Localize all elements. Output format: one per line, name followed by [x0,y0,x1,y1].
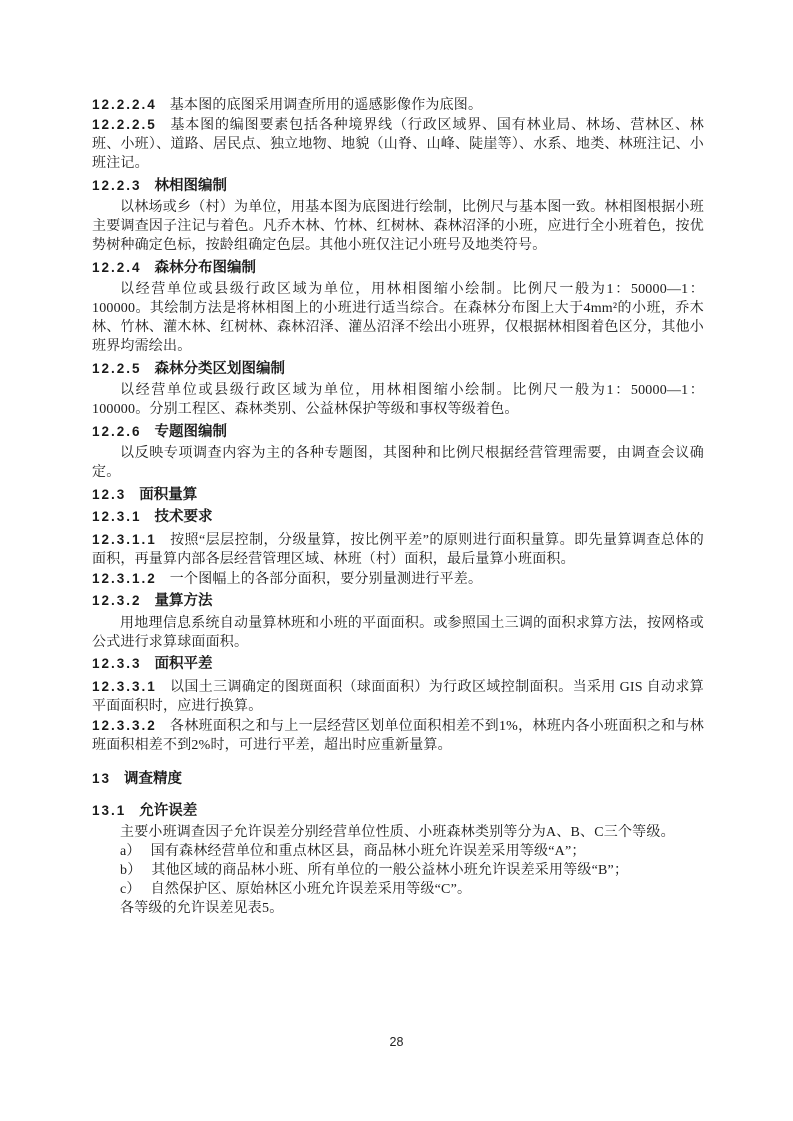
clause-number: 12.3.1.2 [92,571,157,586]
section-heading-12-2-5: 12.2.5森林分类区划图编制 [92,359,704,379]
clause-text: 一个图幅上的各部分面积，要分别量测进行平差。 [170,572,482,587]
body-paragraph: 主要小班调查因子允许误差分别经营单位性质、小班森林类别等分为A、B、C三个等级。 [92,823,704,842]
heading-title: 林相图编制 [155,178,228,194]
clause-text: 各林班面积之和与上一层经营区划单位面积相差不到1%，林班内各小班面积之和与林班面… [92,719,704,753]
heading-number: 12.3.1 [92,509,142,524]
document-content: 12.2.2.4基本图的底图采用调查所用的遥感影像作为底图。 12.2.2.5基… [92,95,704,918]
heading-title: 量算方法 [155,593,213,609]
clause-number: 12.3.1.1 [92,532,157,547]
heading-title: 允许误差 [139,803,197,819]
page-number: 28 [390,1035,404,1049]
heading-title: 森林分布图编制 [155,260,257,276]
body-paragraph: 以林场或乡（村）为单位，用基本图为底图进行绘制，比例尺与基本图一致。林相图根据小… [92,198,704,255]
clause-12-3-3-1: 12.3.3.1以国土三调确定的图斑面积（球面面积）为行政区域控制面积。当采用 … [92,677,704,716]
list-marker: c） [120,882,141,897]
list-marker: b） [120,863,141,878]
chapter-title: 调查精度 [124,771,182,787]
heading-number: 12.2.4 [92,260,142,275]
heading-title: 技术要求 [155,509,213,525]
list-text: 国有森林经营单位和重点林区县，商品林小班允许误差采用等级“A”； [151,844,586,859]
clause-number: 12.3.3.2 [92,718,157,733]
heading-number: 12.2.5 [92,361,142,376]
list-text: 自然保护区、原始林区小班允许误差采用等级“C”。 [151,882,472,897]
heading-number: 12.3.2 [92,593,142,608]
clause-12-2-2-5: 12.2.2.5基本图的编图要素包括各种境界线（行政区域界、国有林业局、林场、营… [92,115,704,173]
chapter-heading-13: 13调查精度 [92,769,704,789]
document-page: 12.2.2.4基本图的底图采用调查所用的遥感影像作为底图。 12.2.2.5基… [0,0,793,1121]
clause-number: 12.2.2.5 [92,117,157,132]
section-heading-12-2-6: 12.2.6专题图编制 [92,422,704,442]
heading-title: 面积量算 [139,487,197,503]
clause-12-2-2-4: 12.2.2.4基本图的底图采用调查所用的遥感影像作为底图。 [92,95,704,115]
list-item-a: a）国有森林经营单位和重点林区县，商品林小班允许误差采用等级“A”； [92,842,704,861]
body-paragraph: 以反映专项调查内容为主的各种专题图，其图种和比例尺根据经营管理需要，由调查会议确… [92,444,704,482]
clause-12-3-1-2: 12.3.1.2一个图幅上的各部分面积，要分别量测进行平差。 [92,569,704,589]
body-paragraph: 用地理信息系统自动量算林班和小班的平面面积。或参照国土三调的面积求算方法，按网格… [92,614,704,652]
section-heading-12-2-4: 12.2.4森林分布图编制 [92,258,704,278]
list-marker: a） [120,844,141,859]
clause-text: 按照“层层控制，分级量算，按比例平差”的原则进行面积量算。即先量算调查总体的面积… [92,533,704,567]
heading-title: 森林分类区划图编制 [155,361,286,377]
section-heading-12-3: 12.3面积量算 [92,485,704,505]
heading-number: 12.2.3 [92,178,142,193]
clause-12-3-3-2: 12.3.3.2各林班面积之和与上一层经营区划单位面积相差不到1%，林班内各小班… [92,716,704,755]
heading-number: 13.1 [92,803,126,818]
heading-number: 12.3 [92,487,126,502]
list-text: 其他区域的商品林小班、所有单位的一般公益林小班允许误差采用等级“B”； [151,863,628,878]
section-heading-12-3-2: 12.3.2量算方法 [92,591,704,611]
heading-number: 12.2.6 [92,424,142,439]
section-heading-12-2-3: 12.2.3林相图编制 [92,176,704,196]
page-footer: 28 [0,1033,793,1051]
body-paragraph: 各等级的允许误差见表5。 [92,899,704,918]
heading-title: 专题图编制 [155,424,228,440]
section-heading-13-1: 13.1允许误差 [92,801,704,821]
body-paragraph: 以经营单位或县级行政区域为单位，用林相图缩小绘制。比例尺一般为1：50000—1… [92,280,704,356]
section-heading-12-3-3: 12.3.3面积平差 [92,654,704,674]
section-heading-12-3-1: 12.3.1技术要求 [92,507,704,527]
heading-title: 面积平差 [155,656,213,672]
clause-text: 基本图的底图采用调查所用的遥感影像作为底图。 [170,98,482,113]
body-paragraph: 以经营单位或县级行政区域为单位，用林相图缩小绘制。比例尺一般为1：50000—1… [92,381,704,419]
clause-text: 基本图的编图要素包括各种境界线（行政区域界、国有林业局、林场、营林区、林班、小班… [92,118,704,171]
clause-number: 12.3.3.1 [92,679,157,694]
list-item-b: b）其他区域的商品林小班、所有单位的一般公益林小班允许误差采用等级“B”； [92,861,704,880]
clause-12-3-1-1: 12.3.1.1按照“层层控制，分级量算，按比例平差”的原则进行面积量算。即先量… [92,530,704,569]
list-item-c: c）自然保护区、原始林区小班允许误差采用等级“C”。 [92,880,704,899]
clause-number: 12.2.2.4 [92,97,157,112]
chapter-number: 13 [92,771,111,786]
clause-text: 以国土三调确定的图斑面积（球面面积）为行政区域控制面积。当采用 GIS 自动求算… [92,680,704,714]
heading-number: 12.3.3 [92,656,142,671]
